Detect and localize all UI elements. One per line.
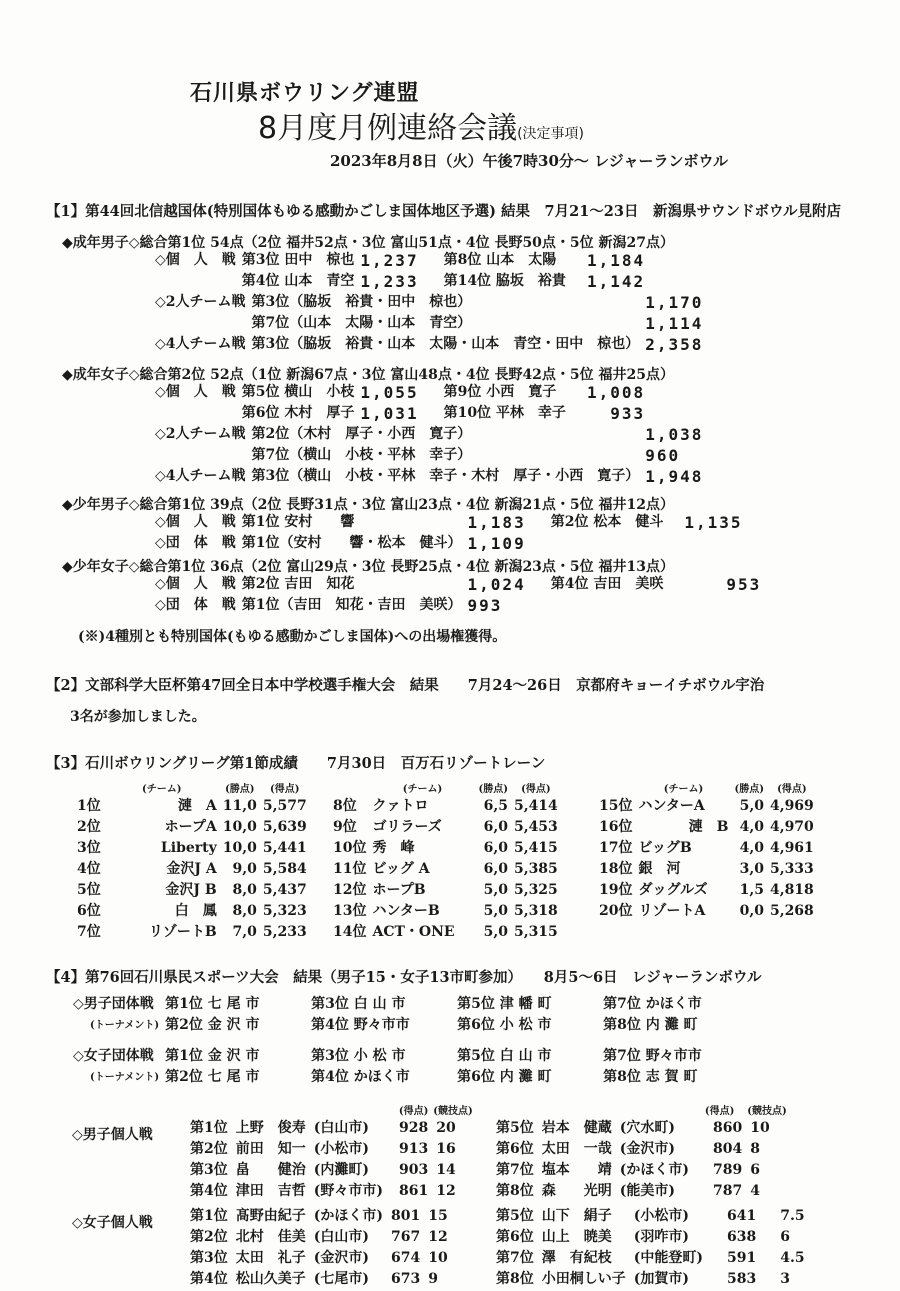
table-row: 第5位山下 絹子(小松市)6417.5 xyxy=(492,1206,809,1227)
table-cell: (かほく市) xyxy=(616,1160,693,1181)
table-cell: 山上 暁美 xyxy=(538,1227,630,1248)
table-row: 7位リゾートB7,05,233 xyxy=(74,922,310,943)
table-cell: 第3位（脇坂 裕貴・山本 太陽・山本 青空・田中 椋也） xyxy=(249,334,643,355)
table-cell: 8位 xyxy=(330,796,369,817)
girls-summary: ◆少年女子◇総合第1位 36点（2位 富山29点・3位 長野25点・4位 新潟2… xyxy=(62,556,674,576)
table-cell: (穴水町) xyxy=(616,1118,693,1139)
men-ind-table-2: (得点)(競技点) 第5位岩本 健蔵(穴水町)86010 第6位太田 一哉(金沢… xyxy=(492,1100,788,1202)
table-row: (チーム)(勝点)(得点) xyxy=(330,778,561,796)
table-cell: 10位 xyxy=(330,838,369,859)
table-cell: 1,024 xyxy=(465,574,529,595)
table-cell: 1,038 xyxy=(642,424,706,445)
table-row: 第6位 木村 厚子1,031第10位 平林 幸子933 xyxy=(152,403,648,424)
league-table-2: (チーム)(勝点)(得点) 8位クァトロ6,55,414 9位ゴリラーズ6,05… xyxy=(330,778,561,943)
table-cell: 第7位 野々市市 xyxy=(600,1046,705,1067)
table-cell: (中能登町) xyxy=(630,1248,707,1269)
table-cell: 2位 xyxy=(74,817,104,838)
table-cell: 20位 xyxy=(596,901,635,922)
table-cell xyxy=(70,1036,162,1046)
table-row: (得点)(競技点) xyxy=(186,1100,474,1118)
table-cell: 5,0 xyxy=(475,880,510,901)
table-cell: 4,818 xyxy=(767,880,817,901)
table-row: ◇2人チーム戦第2位（木村 厚子・小西 寛子）1,038 xyxy=(152,424,706,445)
table-cell: 17位 xyxy=(596,838,635,859)
table-cell: 11位 xyxy=(330,859,369,880)
table-cell: 591 xyxy=(707,1248,760,1269)
table-cell: 第8位 山本 太陽 xyxy=(422,250,569,271)
table-cell: 5位 xyxy=(74,880,104,901)
table-cell: 8,0 xyxy=(220,880,260,901)
table-cell: 1,948 xyxy=(642,466,706,487)
table: ◇2人チーム戦第3位（脇坂 裕貴・田中 椋也）1,170 第7位（山本 太陽・山… xyxy=(152,292,706,355)
table-cell: 5,584 xyxy=(260,859,310,880)
table-cell: 5,325 xyxy=(511,880,561,901)
table-cell: ビッグ A xyxy=(369,859,475,880)
table-cell: 太田 一哉 xyxy=(538,1139,616,1160)
women-summary: ◆成年女子◇総合第2位 52点（1位 新潟67点・3位 富山48点・4位 長野4… xyxy=(62,364,674,384)
table-cell: ◇個 人 戦 xyxy=(152,382,239,403)
table-row: 第1位上野 俊寿(白山市)92820 xyxy=(186,1118,474,1139)
table-cell: ハンターA xyxy=(635,796,731,817)
table-cell: 1,008 xyxy=(569,382,648,403)
table-cell: 白 鳳 xyxy=(104,901,220,922)
table-cell: Liberty xyxy=(104,838,220,859)
table-cell: 1,114 xyxy=(642,313,706,334)
table-cell: (能美市) xyxy=(616,1181,693,1202)
table-cell: 第14位 脇坂 裕貴 xyxy=(422,271,569,292)
table-row: ◇男子団体戦第1位 七 尾 市第3位 白 山 市第5位 津 幡 町第7位 かほく… xyxy=(70,994,705,1015)
section-2-body: 3名が参加しました。 xyxy=(70,706,206,726)
table-cell: 1,109 xyxy=(465,533,529,554)
table-cell: 第3位 小 松 市 xyxy=(308,1046,454,1067)
table-cell: 1,233 xyxy=(357,271,421,292)
table-cell: ◇個 人 戦 xyxy=(152,574,239,595)
table-cell: 5,385 xyxy=(511,859,561,880)
table-cell: 638 xyxy=(707,1227,760,1248)
table-cell: 第6位 木村 厚子 xyxy=(239,403,358,424)
table-row: 5位金沢J B8,05,437 xyxy=(74,880,310,901)
table-cell: 銀 河 xyxy=(635,859,731,880)
table: (チーム)(勝点)(得点) 8位クァトロ6,55,414 9位ゴリラーズ6,05… xyxy=(330,778,561,943)
table-cell: 第1位 七 尾 市 xyxy=(162,994,308,1015)
table-cell: 1,5 xyxy=(731,880,766,901)
table-cell: 5,577 xyxy=(260,796,310,817)
table-row: (得点)(競技点) xyxy=(492,1100,788,1118)
table-cell: 6,0 xyxy=(475,838,510,859)
table-row: 19位ダッグルズ1,54,818 xyxy=(596,880,817,901)
table-cell: 5,441 xyxy=(260,838,310,859)
table-cell: ◇男子団体戦 xyxy=(70,994,162,1015)
table-cell: リゾートA xyxy=(635,901,731,922)
table-cell: 641 xyxy=(707,1206,760,1227)
table-row: ◇4人チーム戦第3位（横山 小枝・平林 幸子・木村 厚子・小西 寛子）1,948 xyxy=(152,466,706,487)
table-row: ◇2人チーム戦第3位（脇坂 裕貴・田中 椋也）1,170 xyxy=(152,292,706,313)
table-row: 第6位太田 一哉(金沢市)8048 xyxy=(492,1139,788,1160)
table-cell: 金沢J B xyxy=(104,880,220,901)
column-header xyxy=(596,778,635,796)
table-cell: (野々市市) xyxy=(310,1181,387,1202)
table-cell: 3 xyxy=(760,1269,808,1290)
table-cell: ホープA xyxy=(104,817,220,838)
table-cell xyxy=(152,445,249,466)
table-cell: 583 xyxy=(707,1269,760,1290)
table-row: 第7位（山本 太陽・山本 青空）1,114 xyxy=(152,313,706,334)
table-cell: 903 xyxy=(395,1160,432,1181)
table-cell: 第5位 xyxy=(492,1206,538,1227)
table-cell: 5,268 xyxy=(767,901,817,922)
table: ◇個 人 戦第5位 横山 小枝1,055第9位 小西 寛子1,008 第6位 木… xyxy=(152,382,648,424)
table-cell: 4 xyxy=(746,1181,787,1202)
table-cell: 3,0 xyxy=(731,859,766,880)
table-cell: 5,323 xyxy=(260,901,310,922)
table-row: 第2位北村 佳美(白山市)76712 xyxy=(186,1227,452,1248)
table-cell: 第1位（吉田 知花・吉田 美咲） xyxy=(239,595,465,616)
column-header xyxy=(186,1100,232,1118)
table-cell: 第4位 吉田 美咲 xyxy=(529,574,667,595)
table-cell: 5,415 xyxy=(511,838,561,859)
column-header xyxy=(616,1100,693,1118)
table-cell: 第4位 山本 青空 xyxy=(239,271,358,292)
table-cell xyxy=(387,1160,395,1181)
column-header: (競技点) xyxy=(432,1100,473,1118)
table-cell: 5,414 xyxy=(511,796,561,817)
table-row: ◇女子団体戦第1位 金 沢 市第3位 小 松 市第5位 白 山 市第7位 野々市… xyxy=(70,1046,705,1067)
table-row xyxy=(70,1036,705,1046)
table-cell: 第4位 かほく市 xyxy=(308,1067,454,1088)
league-table-3: (チーム)(勝点)(得点) 15位ハンターA5,04,969 16位漣 B4,0… xyxy=(596,778,817,922)
table-cell: 第2位 七 尾 市 xyxy=(162,1067,308,1088)
table-cell: 5,453 xyxy=(511,817,561,838)
table-cell: 5,0 xyxy=(731,796,766,817)
table-row: 13位ハンターB5,05,318 xyxy=(330,901,561,922)
column-header: (チーム) xyxy=(635,778,731,796)
column-header: (競技点) xyxy=(746,1100,787,1118)
table-cell: 1,142 xyxy=(569,271,648,292)
table-cell: 7.5 xyxy=(760,1206,808,1227)
table-cell: 5,437 xyxy=(260,880,310,901)
table-cell: 5,0 xyxy=(475,901,510,922)
table: (得点)(競技点) 第1位上野 俊寿(白山市)92820 第2位前田 知一(小松… xyxy=(186,1100,474,1202)
table-cell: 10,0 xyxy=(220,838,260,859)
section-3-heading: 【3】石川ボウリングリーグ第1節成績 7月30日 百万石リゾートレーン xyxy=(46,752,545,773)
table-cell: 20 xyxy=(432,1118,473,1139)
table-row: 第5位岩本 健蔵(穴水町)86010 xyxy=(492,1118,788,1139)
table-cell xyxy=(152,403,239,424)
table-cell: 4,0 xyxy=(731,817,766,838)
column-header xyxy=(492,1100,538,1118)
table: ◇個 人 戦第2位 吉田 知花1,024第4位 吉田 美咲953 ◇団 体 戦第… xyxy=(152,574,764,616)
table-cell: 5,315 xyxy=(511,922,561,943)
table-cell: 14位 xyxy=(330,922,369,943)
table-cell: 第7位 かほく市 xyxy=(600,994,705,1015)
table-cell: 12 xyxy=(424,1227,451,1248)
table-cell: 4.5 xyxy=(760,1248,808,1269)
table-cell: ビッグB xyxy=(635,838,731,859)
table-row: 1位漣 A11,05,577 xyxy=(74,796,310,817)
table-cell: 第4位 野々市市 xyxy=(308,1015,454,1036)
table-cell: 6 xyxy=(760,1227,808,1248)
table-cell: 第9位 小西 寛子 xyxy=(422,382,569,403)
column-header xyxy=(330,778,369,796)
table-row: 10位秀 峰6,05,415 xyxy=(330,838,561,859)
table-cell: 第3位 xyxy=(186,1160,232,1181)
team-results: ◇男子団体戦第1位 七 尾 市第3位 白 山 市第5位 津 幡 町第7位 かほく… xyxy=(70,994,705,1088)
table-cell: 933 xyxy=(569,403,648,424)
table-row: 6位白 鳳8,05,323 xyxy=(74,901,310,922)
table-cell: (七尾市) xyxy=(310,1269,387,1290)
title-note: (決定事項) xyxy=(517,126,584,142)
table-cell: 漣 B xyxy=(635,817,731,838)
table-cell: 12位 xyxy=(330,880,369,901)
table-cell: 第7位 xyxy=(492,1248,538,1269)
table-cell: 1,135 xyxy=(666,512,745,533)
column-header: (チーム) xyxy=(369,778,475,796)
women-ind-table-1: 第1位髙野由紀子(かほく市)80115 第2位北村 佳美(白山市)76712 第… xyxy=(186,1206,452,1290)
table-cell: 第1位 xyxy=(186,1206,232,1227)
table-cell: 第6位 xyxy=(492,1139,538,1160)
table-cell: 1,055 xyxy=(357,382,421,403)
table-cell: 953 xyxy=(666,574,764,595)
table-cell: 861 xyxy=(395,1181,432,1202)
table-cell: 第8位 xyxy=(492,1181,538,1202)
table-cell: 2,358 xyxy=(642,334,706,355)
table-cell: ◇団 体 戦 xyxy=(152,595,239,616)
table-cell: 19位 xyxy=(596,880,635,901)
table-cell: 前田 知一 xyxy=(232,1139,310,1160)
table-cell: (内灘町) xyxy=(310,1160,387,1181)
table-row: 15位ハンターA5,04,969 xyxy=(596,796,817,817)
table-cell: ACT・ONE xyxy=(369,922,475,943)
table-cell xyxy=(387,1118,395,1139)
table-cell: 1,184 xyxy=(569,250,648,271)
boys-results: ◇個 人 戦第1位 安村 響1,183第2位 松本 健斗1,135 ◇団 体 戦… xyxy=(152,512,746,554)
column-header: (得点) xyxy=(260,778,310,796)
table-cell: (かほく市) xyxy=(310,1206,387,1227)
table: (チーム)(勝点)(得点) 15位ハンターA5,04,969 16位漣 B4,0… xyxy=(596,778,817,922)
section-4-heading: 【4】第76回石川県民スポーツ大会 結果（男子15・女子13市町参加） 8月5～… xyxy=(46,966,761,987)
table: 第1位髙野由紀子(かほく市)80115 第2位北村 佳美(白山市)76712 第… xyxy=(186,1206,452,1290)
table-cell: 5,318 xyxy=(511,901,561,922)
table-cell: 7,0 xyxy=(220,922,260,943)
table: ◇個 人 戦第3位 田中 椋也1,237第8位 山本 太陽1,184 第4位 山… xyxy=(152,250,648,292)
table-cell: 4,961 xyxy=(767,838,817,859)
league-table-1: (チーム)(勝点)(得点) 1位漣 A11,05,577 2位ホープA10,05… xyxy=(74,778,310,943)
women-ind-table-2: 第5位山下 絹子(小松市)6417.5 第6位山上 暁美(羽咋市)6386 第7… xyxy=(492,1206,809,1290)
table-cell: 第5位 xyxy=(492,1118,538,1139)
table-cell: 第7位（山本 太陽・山本 青空） xyxy=(249,313,643,334)
table-cell: 767 xyxy=(387,1227,424,1248)
table-row: (トーナメント)第2位 金 沢 市第4位 野々市市第6位 小 松 市第8位 内 … xyxy=(70,1015,705,1036)
table-cell: ◇個 人 戦 xyxy=(152,512,239,533)
table-cell: 澤 有紀枝 xyxy=(538,1248,630,1269)
table-row: 第2位前田 知一(小松市)91316 xyxy=(186,1139,474,1160)
table-cell: ◇個 人 戦 xyxy=(152,250,239,271)
table-cell: (金沢市) xyxy=(310,1248,387,1269)
table-row: 第4位松山久美子(七尾市)6739 xyxy=(186,1269,452,1290)
table-cell: 5,639 xyxy=(260,817,310,838)
table-cell: 1,237 xyxy=(357,250,421,271)
table-cell: 秀 峰 xyxy=(369,838,475,859)
table-cell: 5,0 xyxy=(475,922,510,943)
table-cell: 第2位 吉田 知花 xyxy=(239,574,465,595)
men-ind-table-1: (得点)(競技点) 第1位上野 俊寿(白山市)92820 第2位前田 知一(小松… xyxy=(186,1100,474,1202)
table-row: 第6位山上 暁美(羽咋市)6386 xyxy=(492,1227,809,1248)
table-cell: ◇女子団体戦 xyxy=(70,1046,162,1067)
table-cell: (加賀市) xyxy=(630,1269,707,1290)
women-results: ◇個 人 戦第5位 横山 小枝1,055第9位 小西 寛子1,008 第6位 木… xyxy=(152,382,706,487)
table-cell: 第8位 志 賀 町 xyxy=(600,1067,705,1088)
table-row: ◇個 人 戦第3位 田中 椋也1,237第8位 山本 太陽1,184 xyxy=(152,250,648,271)
table-cell: 第4位 xyxy=(186,1181,232,1202)
girls-results: ◇個 人 戦第2位 吉田 知花1,024第4位 吉田 美咲953 ◇団 体 戦第… xyxy=(152,574,764,616)
table-cell: 第2位 松本 健斗 xyxy=(529,512,667,533)
column-header xyxy=(232,1100,310,1118)
table-cell: 15 xyxy=(424,1206,451,1227)
column-header: (勝点) xyxy=(220,778,260,796)
column-header xyxy=(310,1100,387,1118)
page-title: 8月度月例連絡会議(決定事項) xyxy=(258,103,584,147)
qualification-note: (※)4種別とも特別国体(もゆる感動かごしま国体)への出場権獲得。 xyxy=(78,626,506,646)
table-row: (チーム)(勝点)(得点) xyxy=(74,778,310,796)
table-row: ◇4人チーム戦第3位（脇坂 裕貴・山本 太陽・山本 青空・田中 椋也）2,358 xyxy=(152,334,706,355)
column-header xyxy=(387,1100,395,1118)
table-cell: 塩本 靖 xyxy=(538,1160,616,1181)
men-results: ◇個 人 戦第3位 田中 椋也1,237第8位 山本 太陽1,184 第4位 山… xyxy=(152,250,706,355)
table-row: 第4位 山本 青空1,233第14位 脇坂 裕貴1,142 xyxy=(152,271,648,292)
table: 第5位山下 絹子(小松市)6417.5 第6位山上 暁美(羽咋市)6386 第7… xyxy=(492,1206,809,1290)
table-cell: 第5位 津 幡 町 xyxy=(454,994,600,1015)
table-cell: ダッグルズ xyxy=(635,880,731,901)
table-cell: 1位 xyxy=(74,796,104,817)
table-cell: 9位 xyxy=(330,817,369,838)
women-ind-label: ◇女子個人戦 xyxy=(72,1212,153,1232)
table-cell: 6,0 xyxy=(475,817,510,838)
table-cell: 第1位 金 沢 市 xyxy=(162,1046,308,1067)
table-cell: (小松市) xyxy=(630,1206,707,1227)
table-cell: 第1位 安村 響 xyxy=(239,512,465,533)
table-cell: 第3位 田中 椋也 xyxy=(239,250,358,271)
table-cell: クァトロ xyxy=(369,796,475,817)
table-cell: 第3位（横山 小枝・平林 幸子・木村 厚子・小西 寛子） xyxy=(249,466,643,487)
table-cell: 金沢J A xyxy=(104,859,220,880)
table-cell: 18位 xyxy=(596,859,635,880)
table-cell: 第3位（脇坂 裕貴・田中 椋也） xyxy=(249,292,643,313)
table-cell: 8,0 xyxy=(220,901,260,922)
table-cell: 第1位（安村 響・松本 健斗） xyxy=(239,533,465,554)
table: ◇男子団体戦第1位 七 尾 市第3位 白 山 市第5位 津 幡 町第7位 かほく… xyxy=(70,994,705,1088)
table-cell: 第2位 xyxy=(186,1227,232,1248)
table-row: 4位金沢J A9,05,584 xyxy=(74,859,310,880)
men-ind-label: ◇男子個人戦 xyxy=(72,1124,153,1144)
table-row: 3位Liberty10,05,441 xyxy=(74,838,310,859)
table-cell: 4,0 xyxy=(731,838,766,859)
table-row: (チーム)(勝点)(得点) xyxy=(596,778,817,796)
table-cell: 14 xyxy=(432,1160,473,1181)
table-cell xyxy=(152,271,239,292)
table-row: 11位ビッグ A6,05,385 xyxy=(330,859,561,880)
table-row: (トーナメント)第2位 七 尾 市第4位 かほく市第6位 内 灘 町第8位 志 … xyxy=(70,1067,705,1088)
table-cell: 第2位（木村 厚子・小西 寛子） xyxy=(249,424,643,445)
table-cell: 畠 健治 xyxy=(232,1160,310,1181)
table-cell: 第1位 xyxy=(186,1118,232,1139)
table-row: 第7位澤 有紀枝(中能登町)5914.5 xyxy=(492,1248,809,1269)
table-cell: ◇2人チーム戦 xyxy=(152,424,249,445)
table-row: 第3位畠 健治(内灘町)90314 xyxy=(186,1160,474,1181)
table-cell: 第10位 平林 幸子 xyxy=(422,403,569,424)
table-cell: 801 xyxy=(387,1206,424,1227)
table-row: 第4位津田 吉哲(野々市市)86112 xyxy=(186,1181,474,1202)
table-cell: 山下 絹子 xyxy=(538,1206,630,1227)
table-row: 第7位塩本 靖(かほく市)7896 xyxy=(492,1160,788,1181)
table-cell: 第6位 xyxy=(492,1227,538,1248)
column-header: (得点) xyxy=(511,778,561,796)
table-row: 第8位小田桐しい子(加賀市)5833 xyxy=(492,1269,809,1290)
table-cell: 804 xyxy=(693,1139,746,1160)
boys-summary: ◆少年男子◇総合第1位 39点（2位 長野31点・3位 富山23点・4位 新潟2… xyxy=(62,494,674,514)
table-row: 16位漣 B4,04,970 xyxy=(596,817,817,838)
table: ◇2人チーム戦第2位（木村 厚子・小西 寛子）1,038 第7位（横山 小枝・平… xyxy=(152,424,706,487)
table-cell: 森 光明 xyxy=(538,1181,616,1202)
table-cell: 第4位 xyxy=(186,1269,232,1290)
table-cell: 960 xyxy=(642,445,706,466)
table-cell: 860 xyxy=(693,1118,746,1139)
table: (チーム)(勝点)(得点) 1位漣 A11,05,577 2位ホープA10,05… xyxy=(74,778,310,943)
table-cell xyxy=(387,1139,395,1160)
table-cell: 5,333 xyxy=(767,859,817,880)
table-cell: 6 xyxy=(746,1160,787,1181)
table-row: ◇個 人 戦第5位 横山 小枝1,055第9位 小西 寛子1,008 xyxy=(152,382,648,403)
table-cell: 1,031 xyxy=(357,403,421,424)
table-cell: 1,170 xyxy=(642,292,706,313)
column-header: (得点) xyxy=(395,1100,432,1118)
table-cell: 16位 xyxy=(596,817,635,838)
table-cell: 673 xyxy=(387,1269,424,1290)
table-cell: 8 xyxy=(746,1139,787,1160)
table-row: 20位リゾートA0,05,268 xyxy=(596,901,817,922)
table-row: 18位銀 河3,05,333 xyxy=(596,859,817,880)
table-cell: 16 xyxy=(432,1139,473,1160)
table-cell: ◇2人チーム戦 xyxy=(152,292,249,313)
table-row: 第3位太田 礼子(金沢市)67410 xyxy=(186,1248,452,1269)
column-header: (チーム) xyxy=(104,778,220,796)
table-cell: 993 xyxy=(465,595,529,616)
table-cell: 漣 A xyxy=(104,796,220,817)
table-cell: 第5位 横山 小枝 xyxy=(239,382,358,403)
table-cell: 9,0 xyxy=(220,859,260,880)
table-row: ◇個 人 戦第1位 安村 響1,183第2位 松本 健斗1,135 xyxy=(152,512,746,533)
table-cell: 10 xyxy=(424,1248,451,1269)
table-cell: 6,0 xyxy=(475,859,510,880)
table-cell: 小田桐しい子 xyxy=(538,1269,630,1290)
table-cell: 11,0 xyxy=(220,796,260,817)
table-row: 17位ビッグB4,04,961 xyxy=(596,838,817,859)
table-row: 2位ホープA10,05,639 xyxy=(74,817,310,838)
column-header: (得点) xyxy=(693,1100,746,1118)
table-cell: 第3位 白 山 市 xyxy=(308,994,454,1015)
table-cell: 第6位 小 松 市 xyxy=(454,1015,600,1036)
table-cell: 髙野由紀子 xyxy=(232,1206,310,1227)
table-cell: (トーナメント) xyxy=(70,1015,162,1036)
table-cell: ◇4人チーム戦 xyxy=(152,334,249,355)
table-cell: 6位 xyxy=(74,901,104,922)
table-cell: 7位 xyxy=(74,922,104,943)
table-row: 14位ACT・ONE5,05,315 xyxy=(330,922,561,943)
table-cell: (トーナメント) xyxy=(70,1067,162,1088)
table-cell: 10 xyxy=(746,1118,787,1139)
table-cell: 15位 xyxy=(596,796,635,817)
table-cell: (小松市) xyxy=(310,1139,387,1160)
table-cell: 6,5 xyxy=(475,796,510,817)
